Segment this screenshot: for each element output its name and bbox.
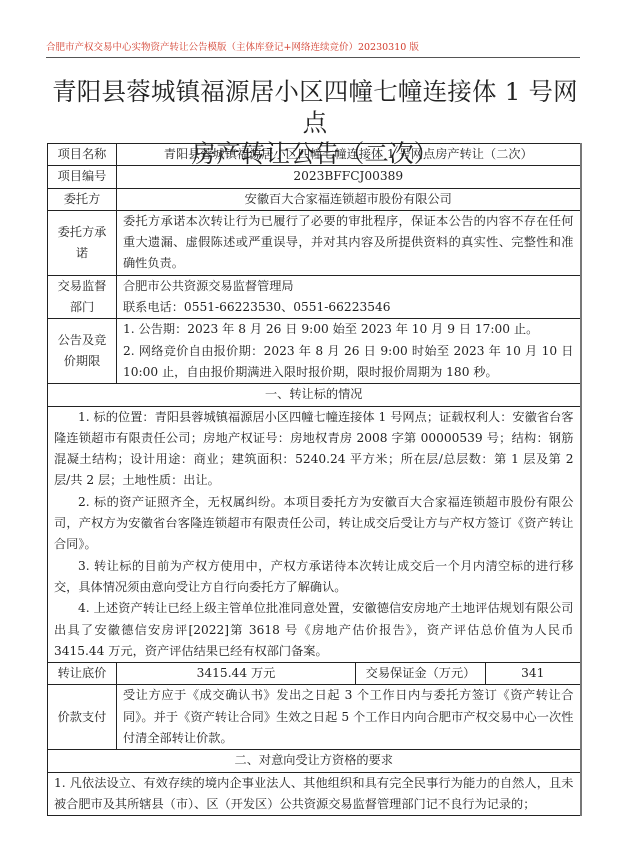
period-item-2: 2. 网络竞价自由报价期：2023 年 8 月 26 日 9:00 时始至 20… [123,341,574,384]
section1-paragraph-1: 1. 标的位置：青阳县蓉城镇福源居小区四幢七幢连接体 1 号网点；证载权利人：安… [54,407,574,492]
payment-label: 价款支付 [48,685,117,750]
announcement-table: 项目名称 青阳县蓉城镇福源居小区四幢七幢连接体 1 号网点房产转让（二次） 项目… [47,143,582,816]
section1-paragraph-2: 2. 标的资产证照齐全，无权属纠纷。本项目委托方为安徽百大合家福连锁超市股份有限… [54,492,574,556]
template-version-note: 合肥市产权交易中心实物资产转让公告模版（主体库登记+网络连续竞价）2023031… [46,42,580,54]
entrustor-value: 安徽百大合家福连锁超市股份有限公司 [117,188,581,210]
supervisor-value: 合肥市公共资源交易监督管理局 联系电话：0551-66223530、0551-6… [117,275,581,319]
section1-body: 1. 标的位置：青阳县蓉城镇福源居小区四幢七幢连接体 1 号网点；证载权利人：安… [48,406,581,663]
row-supervisor: 交易监督部门 合肥市公共资源交易监督管理局 联系电话：0551-66223530… [48,275,581,319]
row-project-no: 项目编号 2023BFFCJ00389 [48,166,581,188]
title-line-1: 青阳县蓉城镇福源居小区四幢七幢连接体 1 号网点 [40,76,590,138]
reserve-price-value: 3415.44 万元 [117,663,356,685]
section1-heading: 一、转让标的情况 [48,384,581,406]
row-commitment: 委托方承诺 委托方承诺本次转让行为已履行了必要的审批程序，保证本公告的内容不存在… [48,210,581,275]
project-name-label: 项目名称 [48,144,117,166]
row-section2-body: 1. 凡依法设立、有效存续的境内企事业法人、其他组织和具有完全民事行为能力的自然… [48,772,581,816]
reserve-price-label: 转让底价 [48,663,117,685]
row-section1-heading: 一、转让标的情况 [48,384,581,406]
period-label: 公告及竞价期限 [48,319,117,384]
row-payment: 价款支付 受让方应于《成交确认书》发出之日起 3 个工作日内与委托方签订《资产转… [48,685,581,750]
section2-heading: 二、对意向受让方资格的要求 [48,750,581,772]
row-price: 转让底价 3415.44 万元 交易保证金（万元） 341 [48,663,581,685]
row-period: 公告及竞价期限 1. 公告期：2023 年 8 月 26 日 9:00 始至 2… [48,319,581,384]
row-section2-heading: 二、对意向受让方资格的要求 [48,750,581,772]
row-project-name: 项目名称 青阳县蓉城镇福源居小区四幢七幢连接体 1 号网点房产转让（二次） [48,144,581,166]
supervisor-phone: 联系电话：0551-66223530、0551-66223546 [123,297,574,318]
deposit-label: 交易保证金（万元） [356,663,486,685]
project-name-value: 青阳县蓉城镇福源居小区四幢七幢连接体 1 号网点房产转让（二次） [117,144,581,166]
project-no-value: 2023BFFCJ00389 [117,166,581,188]
deposit-value: 341 [486,663,581,685]
header-divider [46,57,580,58]
period-value: 1. 公告期：2023 年 8 月 26 日 9:00 始至 2023 年 10… [117,319,581,384]
commitment-label: 委托方承诺 [48,210,117,275]
payment-value: 受让方应于《成交确认书》发出之日起 3 个工作日内与委托方签订《资产转让合同》。… [117,685,581,750]
supervisor-label: 交易监督部门 [48,275,117,319]
row-entrustor: 委托方 安徽百大合家福连锁超市股份有限公司 [48,188,581,210]
project-no-label: 项目编号 [48,166,117,188]
commitment-value: 委托方承诺本次转让行为已履行了必要的审批程序，保证本公告的内容不存在任何重大遗漏… [117,210,581,275]
section2-body: 1. 凡依法设立、有效存续的境内企事业法人、其他组织和具有完全民事行为能力的自然… [48,772,581,816]
entrustor-label: 委托方 [48,188,117,210]
row-section1-body: 1. 标的位置：青阳县蓉城镇福源居小区四幢七幢连接体 1 号网点；证载权利人：安… [48,406,581,663]
section1-paragraph-3: 3. 转让标的目前为产权方使用中，产权方承诺待本次转让成交后一个月内清空标的进行… [54,556,574,599]
supervisor-name: 合肥市公共资源交易监督管理局 [123,276,574,297]
section1-paragraph-4: 4. 上述资产转让已经上级主管单位批准同意处置，安徽德信安房地产土地评估规划有限… [54,598,574,662]
period-item-1: 1. 公告期：2023 年 8 月 26 日 9:00 始至 2023 年 10… [123,319,574,340]
